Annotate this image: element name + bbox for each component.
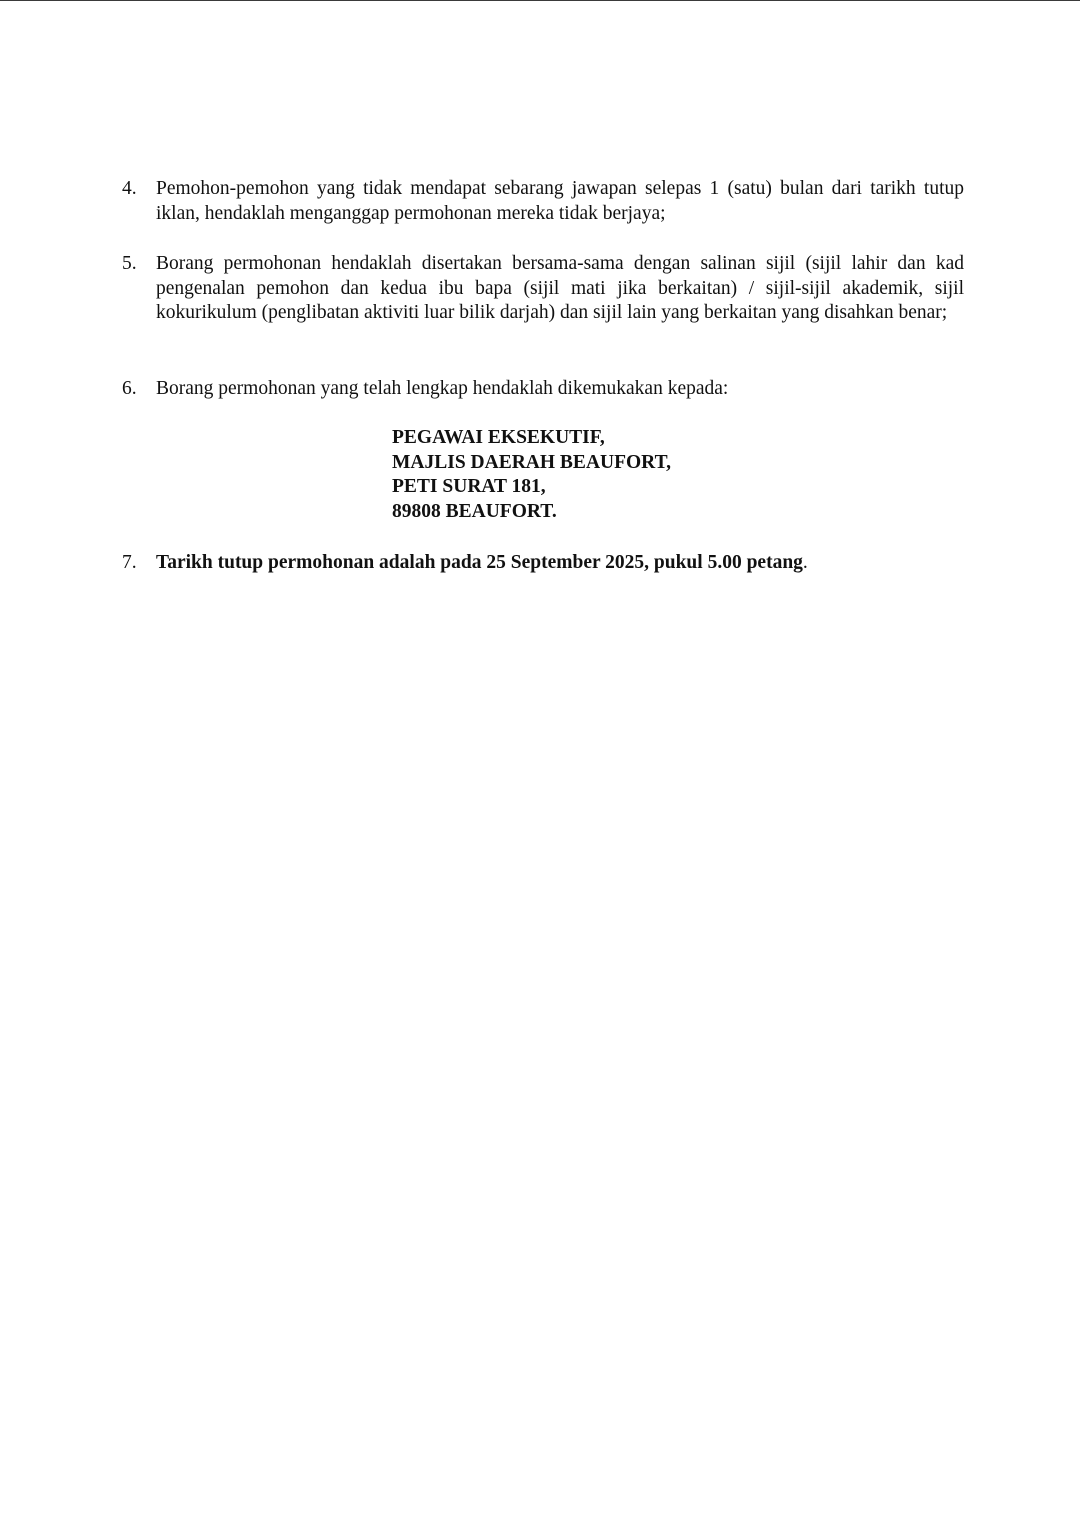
item-number: 6.	[122, 377, 152, 402]
closing-date-text: Tarikh tutup permohonan adalah pada 25 S…	[156, 552, 803, 573]
closing-date-period: .	[803, 552, 808, 573]
list-item-7: 7. Tarikh tutup permohonan adalah pada 2…	[122, 551, 964, 576]
address-line-2: MAJLIS DAERAH BEAUFORT,	[392, 451, 671, 476]
item-text: Borang permohonan hendaklah disertakan b…	[156, 252, 964, 326]
address-line-1: PEGAWAI EKSEKUTIF,	[392, 426, 671, 451]
address-line-3: PETI SURAT 181,	[392, 475, 671, 500]
item-text: Tarikh tutup permohonan adalah pada 25 S…	[156, 551, 964, 576]
item-number: 7.	[122, 551, 152, 576]
address-line-4: 89808 BEAUFORT.	[392, 500, 671, 525]
top-border	[0, 0, 1080, 1]
item-number: 5.	[122, 252, 152, 277]
item-text: Pemohon-pemohon yang tidak mendapat seba…	[156, 177, 964, 226]
list-item-5: 5. Borang permohonan hendaklah disertaka…	[122, 252, 964, 326]
list-item-6: 6. Borang permohonan yang telah lengkap …	[122, 377, 964, 402]
list-item-4: 4. Pemohon-pemohon yang tidak mendapat s…	[122, 177, 964, 226]
item-text: Borang permohonan yang telah lengkap hen…	[156, 377, 964, 402]
item-number: 4.	[122, 177, 152, 202]
address-block: PEGAWAI EKSEKUTIF, MAJLIS DAERAH BEAUFOR…	[392, 426, 671, 524]
